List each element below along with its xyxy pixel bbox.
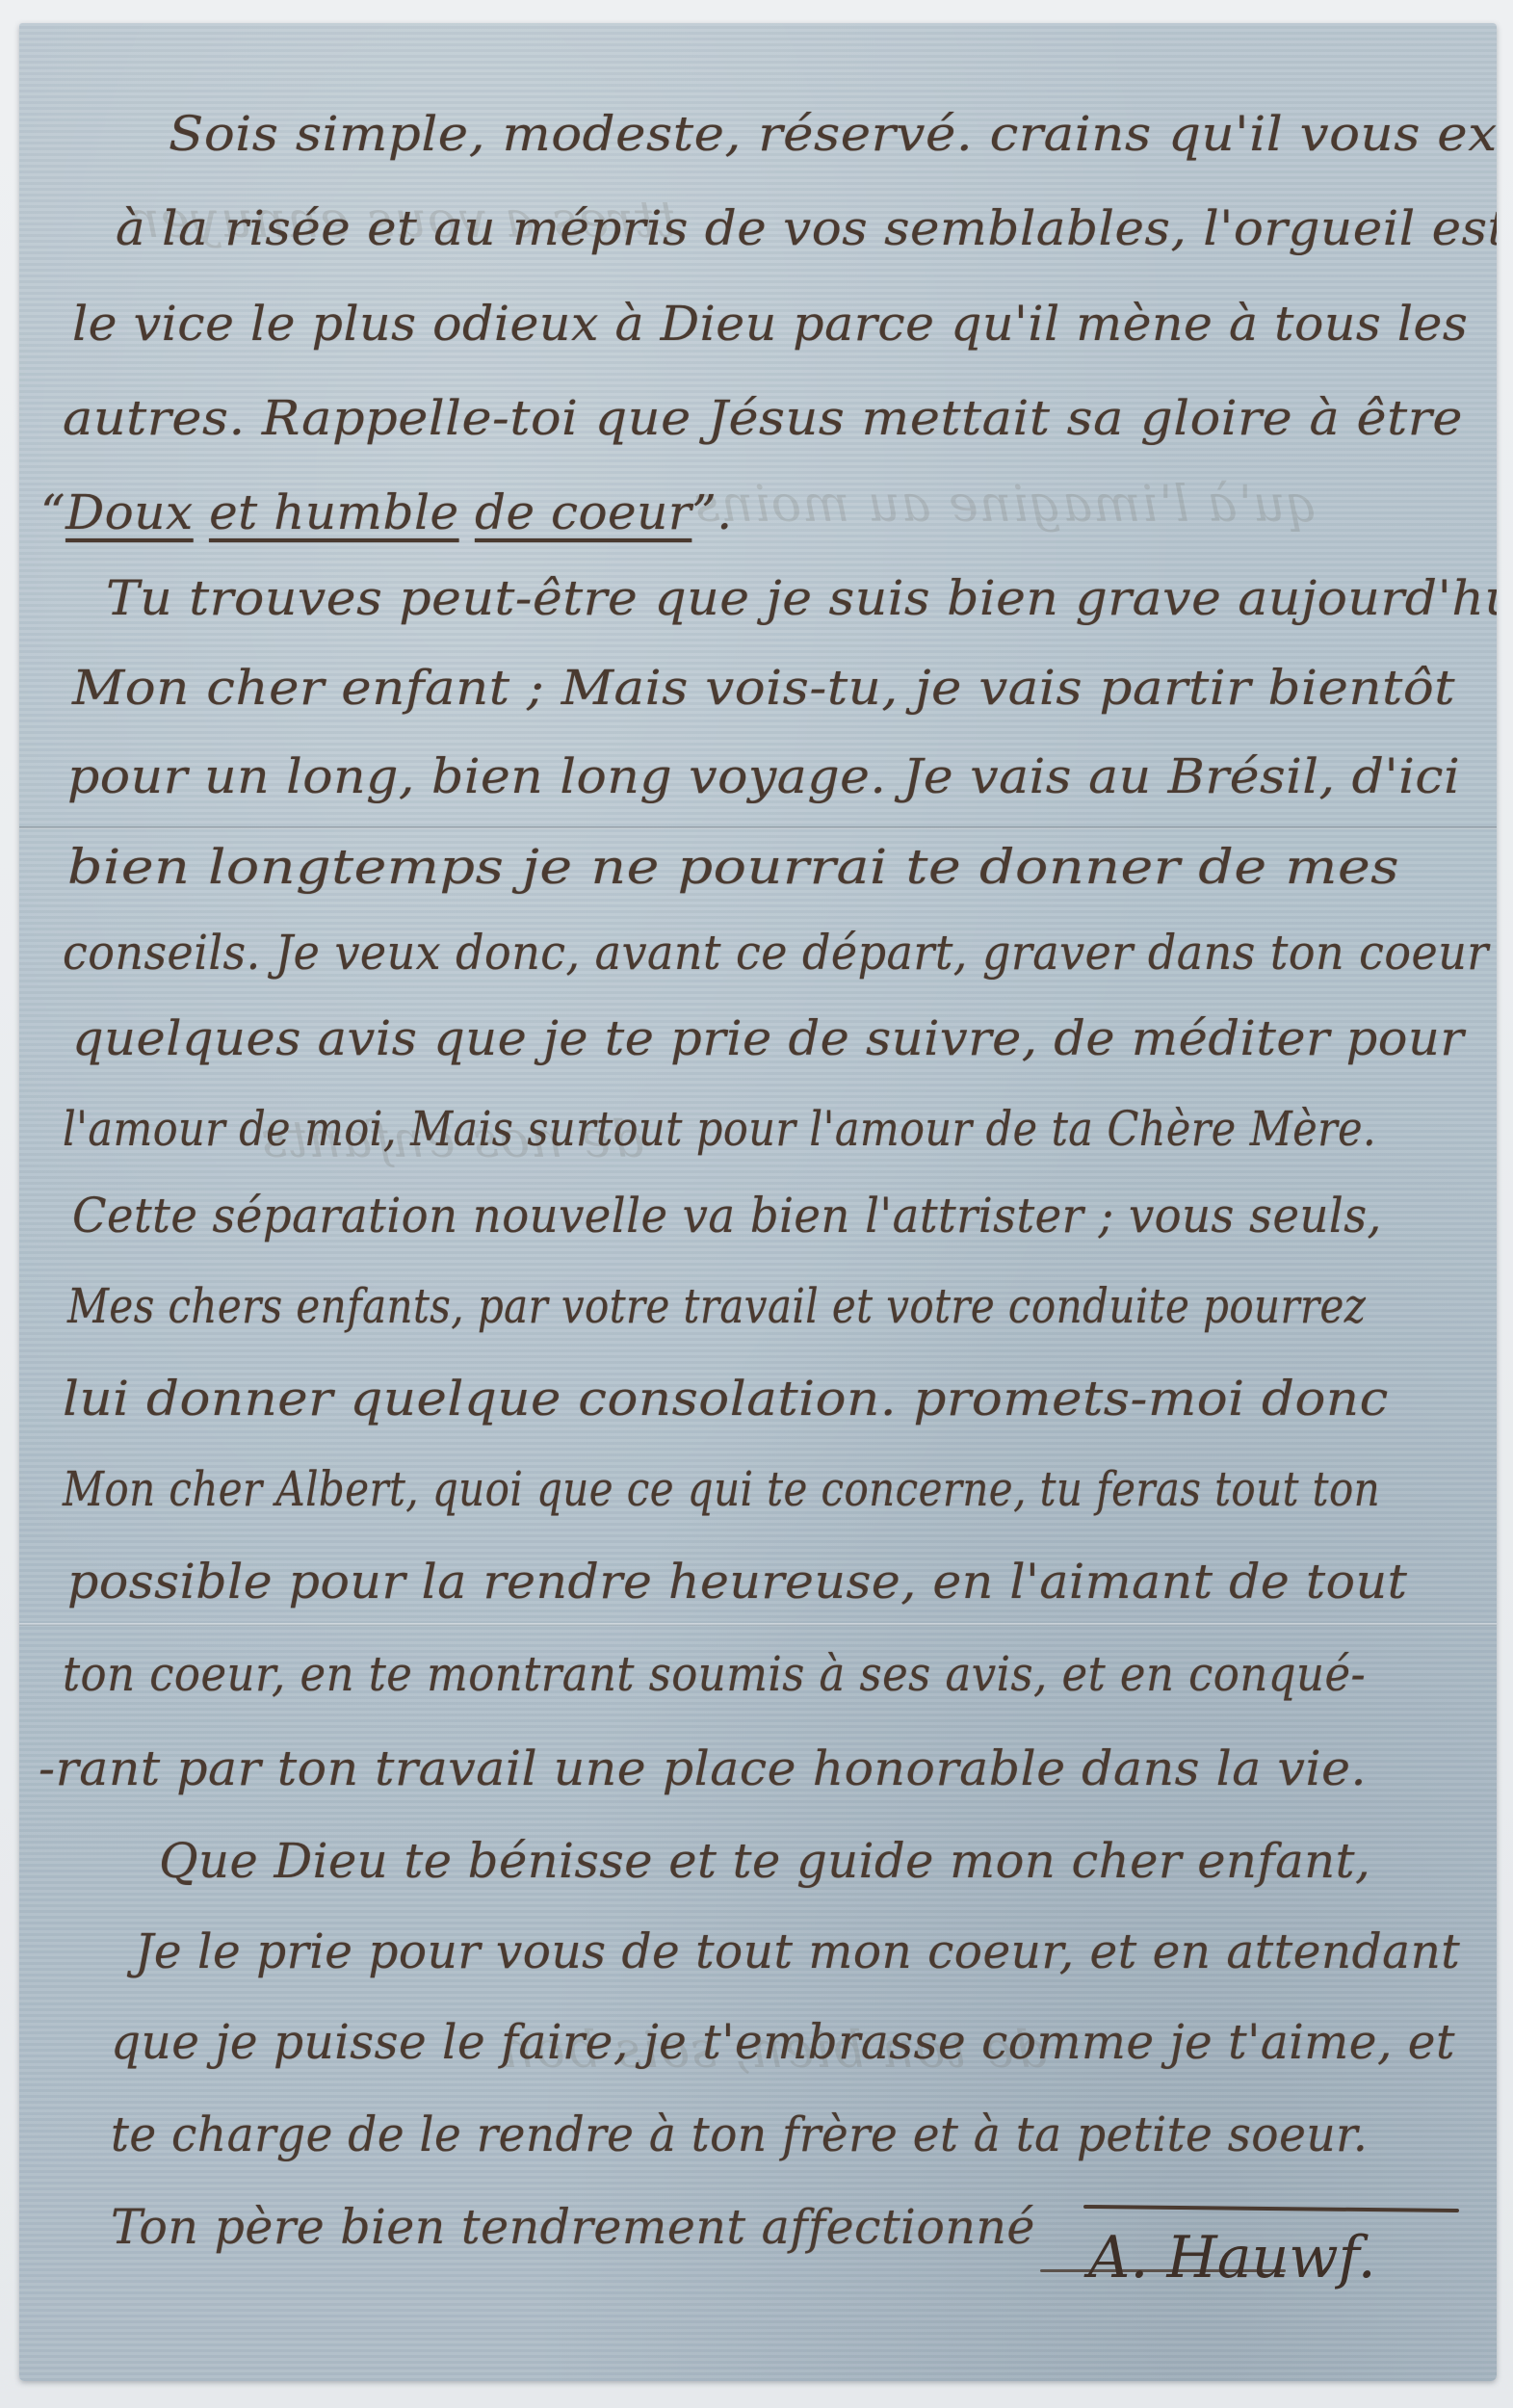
signature-flourish-top	[1083, 2205, 1459, 2212]
letter-line-2: à la risée et au mépris de vos semblable…	[116, 199, 1497, 257]
letter-line-4: autres. Rappelle-toi que Jésus mettait s…	[63, 389, 1463, 447]
letter-line-10: conseils. Je veux donc, avant ce départ,…	[63, 924, 1489, 982]
underlined-doux: Doux	[65, 484, 194, 540]
letter-line-20: Que Dieu te bénisse et te guide mon cher…	[159, 1832, 1370, 1890]
letter-line-5: “Doux et humble de coeur”.	[40, 484, 733, 541]
letter-line-13: Cette séparation nouvelle va bien l'attr…	[72, 1187, 1382, 1244]
letter-line-1: Sois simple, modeste, réservé. crains qu…	[169, 105, 1497, 163]
letter-line-24: Ton père bien tendrement affectionné	[111, 2198, 1035, 2256]
letter-line-3: le vice le plus odieux à Dieu parce qu'i…	[72, 295, 1468, 353]
underlined-de-coeur: de coeur	[475, 484, 691, 540]
letter-line-19: -rant par ton travail une place honorabl…	[39, 1740, 1367, 1797]
letter-line-11: quelques avis que je te prie de suivre, …	[72, 1009, 1464, 1067]
fold-crease-lower	[19, 1623, 1497, 1626]
signature: A. Hauwf.	[1088, 2224, 1376, 2291]
close-quote: ”.	[691, 484, 732, 540]
scan-background: ttres a vous ennuyer qu'à l'imagine au m…	[0, 0, 1513, 2408]
letter-line-7: Mon cher enfant ; Mais vois-tu, je vais …	[72, 659, 1455, 717]
letter-line-8: pour un long, bien long voyage. Je vais …	[67, 747, 1460, 805]
letter-line-6: Tu trouves peut-être que je suis bien gr…	[106, 569, 1497, 627]
letter-line-12: l'amour de moi, Mais surtout pour l'amou…	[63, 1100, 1376, 1158]
letter-line-23: te charge de le rendre à ton frère et à …	[111, 2106, 1368, 2163]
letter-line-17: possible pour la rendre heureuse, en l'a…	[67, 1553, 1407, 1610]
letter-line-18: ton coeur, en te montrant soumis à ses a…	[63, 1645, 1366, 1703]
underlined-et-humble: et humble	[209, 484, 458, 540]
fold-crease-upper	[19, 826, 1497, 829]
open-quote: “	[40, 484, 65, 540]
letter-line-22: que je puisse le faire, je t'embrasse co…	[111, 2013, 1455, 2071]
letter-line-21: Je le prie pour vous de tout mon coeur, …	[135, 1923, 1460, 1980]
spacer	[459, 484, 475, 540]
spacer	[194, 484, 209, 540]
letter-line-14: Mes chers enfants, par votre travail et …	[67, 1277, 1366, 1335]
bleed-through-text: qu'à l'imagine au moins	[693, 476, 1318, 534]
letter-line-16: Mon cher Albert, quoi que ce qui te conc…	[63, 1460, 1380, 1518]
letter-line-9: bien longtemps je ne pourrai te donner d…	[67, 838, 1399, 896]
letter-page: ttres a vous ennuyer qu'à l'imagine au m…	[19, 23, 1497, 2381]
letter-line-15: lui donner quelque consolation. promets-…	[63, 1370, 1389, 1427]
